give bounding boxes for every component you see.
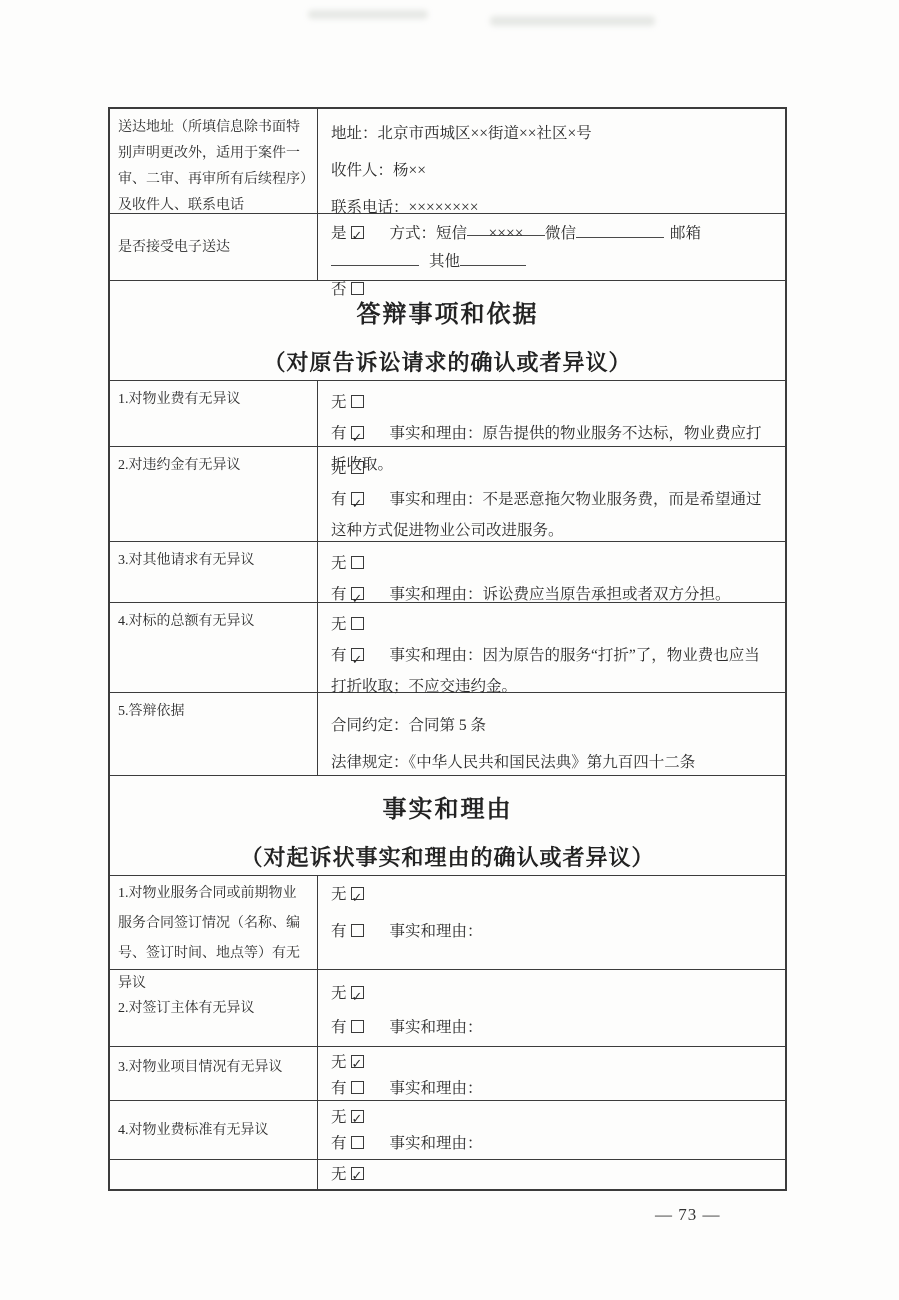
- no-checkbox[interactable]: [351, 461, 364, 474]
- yes-checkbox[interactable]: [351, 1020, 364, 1033]
- row-label: 3.对其他请求有无异议: [110, 542, 318, 602]
- yes-checkbox[interactable]: [351, 426, 364, 439]
- defense-form-table: 送达地址（所填信息除书面特别声明更改外，适用于案件一审、二审、再审所有后续程序）…: [108, 107, 787, 1191]
- no-checkbox[interactable]: [351, 1167, 364, 1180]
- row-label: 5.答辩依据: [110, 693, 318, 775]
- section2-title: 事实和理由: [110, 789, 785, 824]
- yes-checkbox[interactable]: [351, 1081, 364, 1094]
- section1-title: 答辩事项和依据: [110, 294, 785, 329]
- row-label: 4.对标的总额有无异议: [110, 603, 318, 692]
- no-option-label: 无: [331, 1109, 347, 1126]
- no-option-label: 无: [331, 886, 347, 903]
- yes-option-label: 有: [331, 1019, 347, 1036]
- table-row-penalty-objection: 2.对违约金有无异议 无 有事实和理由：不是恶意拖欠物业服务费，而是希望通过这种…: [110, 447, 785, 542]
- reason-text: 事实和理由：: [390, 1135, 483, 1152]
- page-number: — 73 —: [655, 1205, 721, 1225]
- no-checkbox[interactable]: [351, 556, 364, 569]
- section2-subtitle: （对起诉状事实和理由的确认或者异议）: [110, 841, 785, 872]
- yes-option-label: 有: [331, 923, 347, 940]
- no-checkbox[interactable]: [351, 1110, 364, 1123]
- no-option-label: 无: [331, 555, 347, 572]
- row-label: 2.对违约金有无异议: [110, 447, 318, 541]
- no-checkbox[interactable]: [351, 617, 364, 630]
- section2-header-row: 事实和理由 （对起诉状事实和理由的确认或者异议）: [110, 776, 785, 876]
- no-option-label: 无: [331, 616, 347, 633]
- row-label: 1.对物业费有无异议: [110, 381, 318, 446]
- scan-bleedthrough-mark: [308, 10, 428, 19]
- yes-option-label: 有: [331, 425, 347, 442]
- yes-checkbox[interactable]: [351, 492, 364, 505]
- table-row-fee-standard-objection: 4.对物业费标准有无异议 无 有事实和理由：: [110, 1101, 785, 1160]
- method-label: 方式：短信: [390, 225, 468, 242]
- other-fill-field[interactable]: [460, 250, 526, 266]
- table-row-defense-basis: 5.答辩依据 合同约定：合同第 5 条 法律规定：《中华人民共和国民法典》第九百…: [110, 693, 785, 776]
- yes-option-label: 有: [331, 1080, 347, 1097]
- sms-fill-field[interactable]: ××××: [467, 220, 545, 236]
- wechat-fill-field[interactable]: [576, 222, 664, 238]
- row-label: 1.对物业服务合同或前期物业服务合同签订情况（名称、编号、签订时间、地点等）有无…: [110, 876, 318, 969]
- yes-checkbox[interactable]: [351, 924, 364, 937]
- no-checkbox[interactable]: [351, 887, 364, 900]
- other-label: 其他: [429, 253, 460, 270]
- table-row-property-fee-objection: 1.对物业费有无异议 无 有事实和理由：原告提供的物业服务不达标，物业费应打折收…: [110, 381, 785, 447]
- reason-text: 事实和理由：: [390, 1019, 483, 1036]
- delivery-address-value: 地址：北京市西城区××街道××社区×号: [331, 115, 775, 152]
- row-label: 2.对签订主体有无异议: [110, 970, 318, 1046]
- yes-label: 是: [331, 225, 347, 242]
- reason-text: 事实和理由：因为原告的服务“打折”了，物业费也应当打折收取；不应交违约金。: [331, 647, 760, 695]
- electronic-delivery-label: 是否接受电子送达: [110, 214, 318, 280]
- reason-text: 事实和理由：诉讼费应当原告承担或者双方分担。: [390, 586, 731, 603]
- no-option-label: 无: [331, 985, 347, 1002]
- reason-text: 事实和理由：: [390, 923, 483, 940]
- email-label: 邮箱: [670, 225, 701, 242]
- table-row-electronic-delivery: 是否接受电子送达 是方式：短信××××微信邮箱其他 否: [110, 214, 785, 281]
- delivery-address-label: 送达地址（所填信息除书面特别声明更改外，适用于案件一审、二审、再审所有后续程序）…: [110, 109, 318, 213]
- yes-checkbox[interactable]: [351, 587, 364, 600]
- electronic-delivery-yes-line: 是方式：短信××××微信邮箱其他: [331, 220, 775, 276]
- table-row-property-project-objection: 3.对物业项目情况有无异议 无 有事实和理由：: [110, 1047, 785, 1101]
- table-row-signing-party-objection: 2.对签订主体有无异议 无 有事实和理由：: [110, 970, 785, 1047]
- table-row-other-claims-objection: 3.对其他请求有无异议 无 有事实和理由：诉讼费应当原告承担或者双方分担。: [110, 542, 785, 603]
- yes-checkbox[interactable]: [351, 648, 364, 661]
- no-checkbox[interactable]: [351, 986, 364, 999]
- table-row-total-amount-objection: 4.对标的总额有无异议 无 有事实和理由：因为原告的服务“打折”了，物业费也应当…: [110, 603, 785, 693]
- no-option-label: 无: [331, 1054, 347, 1071]
- yes-option-label: 有: [331, 1135, 347, 1152]
- no-checkbox[interactable]: [351, 1055, 364, 1068]
- no-checkbox[interactable]: [351, 395, 364, 408]
- no-option-label: 无: [331, 460, 347, 477]
- no-option-label: 无: [331, 394, 347, 411]
- yes-checkbox[interactable]: [351, 1136, 364, 1149]
- contract-basis-text: 合同约定：合同第 5 条: [331, 707, 775, 744]
- no-option-label: 无: [331, 1166, 347, 1183]
- section1-header-row: 答辩事项和依据 （对原告诉讼请求的确认或者异议）: [110, 281, 785, 381]
- delivery-recipient-value: 收件人：杨××: [331, 152, 775, 189]
- scan-bleedthrough-mark: [490, 16, 655, 26]
- section1-subtitle: （对原告诉讼请求的确认或者异议）: [110, 346, 785, 377]
- email-fill-field[interactable]: [331, 250, 419, 266]
- reason-text: 事实和理由：: [390, 1080, 483, 1097]
- yes-option-label: 有: [331, 647, 347, 664]
- table-row-continued: 无: [110, 1160, 785, 1189]
- table-row-delivery-address: 送达地址（所填信息除书面特别声明更改外，适用于案件一审、二审、再审所有后续程序）…: [110, 109, 785, 214]
- row-label: 3.对物业项目情况有无异议: [110, 1047, 318, 1100]
- table-row-contract-signing-objection: 1.对物业服务合同或前期物业服务合同签订情况（名称、编号、签订时间、地点等）有无…: [110, 876, 785, 970]
- wechat-label: 微信: [545, 225, 576, 242]
- yes-option-label: 有: [331, 586, 347, 603]
- reason-text: 事实和理由：不是恶意拖欠物业服务费，而是希望通过这种方式促进物业公司改进服务。: [331, 491, 762, 539]
- no-checkbox[interactable]: [351, 282, 364, 295]
- yes-checkbox[interactable]: [351, 226, 364, 239]
- row-label: 4.对物业费标准有无异议: [110, 1101, 318, 1159]
- row-label: [110, 1160, 318, 1189]
- yes-option-label: 有: [331, 491, 347, 508]
